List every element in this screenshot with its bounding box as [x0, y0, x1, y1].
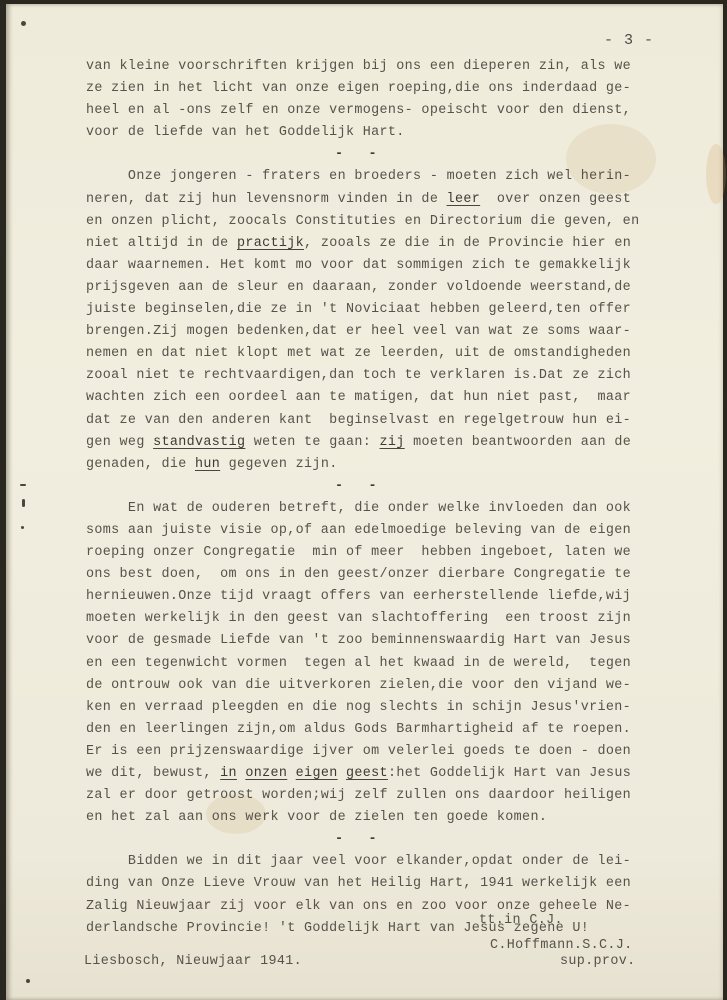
- margin-mark: [20, 484, 26, 486]
- text-line: genaden, die hun gegeven zijn.: [86, 454, 656, 476]
- place-date: Liesbosch, Nieuwjaar 1941.: [84, 954, 302, 969]
- text-line: juiste beginselen,die ze in 't Noviciaat…: [86, 299, 656, 321]
- signature: C.Hoffmann.S.C.J.: [490, 938, 633, 953]
- section-separator: - -: [86, 144, 656, 166]
- letter-body: van kleine voorschriften krijgen bij ons…: [86, 56, 656, 940]
- text-line: daar waarnemen. Het komt mo voor dat som…: [86, 255, 656, 277]
- text-line: niet altijd in de practijk, zooals ze di…: [86, 233, 656, 255]
- text-line: ze zien in het licht van onze eigen roep…: [86, 78, 656, 100]
- text-line: ons best doen, om ons in den geest/onzer…: [86, 564, 656, 586]
- text-line: en een tegenwicht vormen tegen al het kw…: [86, 653, 656, 675]
- paragraph: En wat de ouderen betreft, die onder wel…: [86, 498, 656, 829]
- text-line: neren, dat zij hun levensnorm vinden in …: [86, 189, 656, 211]
- text-line: brengen.Zij mogen bedenken,dat er heel v…: [86, 321, 656, 343]
- underlined-word: in: [220, 766, 237, 781]
- text-line: en het zal aan ons werk voor de zielen t…: [86, 807, 656, 829]
- margin-mark: [21, 526, 24, 529]
- text-line: moeten werkelijk in den geest van slacht…: [86, 608, 656, 630]
- text-line: Er is een prijzenswaardige ijver om vele…: [86, 741, 656, 763]
- margin-mark: [22, 499, 25, 507]
- section-separator: - -: [86, 476, 656, 498]
- underlined-word: standvastig: [153, 435, 245, 450]
- text-line: van kleine voorschriften krijgen bij ons…: [86, 56, 656, 78]
- text-line: dat ze van den anderen kant beginselvast…: [86, 410, 656, 432]
- text-line: de ontrouw ook van die uitverkoren ziele…: [86, 675, 656, 697]
- text-line: voor de gesmade Liefde van 't zoo beminn…: [86, 630, 656, 652]
- text-line: prijsgeven aan de sleur en daaraan, zond…: [86, 277, 656, 299]
- text-line: Zalig Nieuwjaar zij voor elk van ons en …: [86, 896, 656, 918]
- text-line: hernieuwen.Onze tijd vraagt offers van e…: [86, 586, 656, 608]
- underlined-word: geest: [346, 766, 388, 781]
- text-line: zooal niet te rechtvaardigen,dan toch te…: [86, 365, 656, 387]
- underlined-word: onzen: [245, 766, 287, 781]
- text-line: derlandsche Provincie! 't Goddelijk Hart…: [86, 918, 656, 940]
- text-line: roeping onzer Congregatie min of meer he…: [86, 542, 656, 564]
- text-line: Onze jongeren - fraters en broeders - mo…: [86, 166, 656, 188]
- text-line: En wat de ouderen betreft, die onder wel…: [86, 498, 656, 520]
- text-line: soms aan juiste visie op,of aan edelmoed…: [86, 520, 656, 542]
- paper-stain: [706, 144, 726, 204]
- paragraph: van kleine voorschriften krijgen bij ons…: [86, 56, 656, 144]
- document-page: - 3 - van kleine voorschriften krijgen b…: [6, 4, 723, 1000]
- text-line: ken en verraad pleegden en die nog slech…: [86, 697, 656, 719]
- text-line: wachten zich een oordeel aan te matigen,…: [86, 387, 656, 409]
- text-line: heel en al -ons zelf en onze vermogens- …: [86, 100, 656, 122]
- underlined-word: leer: [447, 192, 481, 207]
- text-line: gen weg standvastig weten te gaan: zij m…: [86, 432, 656, 454]
- underlined-word: practijk: [237, 236, 304, 251]
- salutation: tt.in C.J.: [479, 913, 563, 928]
- paragraph: Bidden we in dit jaar veel voor elkander…: [86, 851, 656, 939]
- page-number: - 3 -: [604, 32, 654, 49]
- text-line: ding van Onze Lieve Vrouw van het Heilig…: [86, 873, 656, 895]
- text-line: zal er door getroost worden;wij zelf zul…: [86, 785, 656, 807]
- text-line: en onzen plicht, zoocals Constituties en…: [86, 211, 656, 233]
- text-line: den en leerlingen zijn,om aldus Gods Bar…: [86, 719, 656, 741]
- text-line: Bidden we in dit jaar veel voor elkander…: [86, 851, 656, 873]
- section-separator: - -: [86, 829, 656, 851]
- margin-mark: [26, 979, 30, 983]
- underlined-word: eigen: [296, 766, 338, 781]
- paragraph: Onze jongeren - fraters en broeders - mo…: [86, 166, 656, 475]
- text-line: we dit, bewust, in onzen eigen geest:het…: [86, 763, 656, 785]
- signatory-title: sup.prov.: [560, 954, 635, 969]
- text-line: voor de liefde van het Goddelijk Hart.: [86, 122, 656, 144]
- underlined-word: zij: [380, 435, 405, 450]
- punch-dot-mark: [21, 21, 26, 26]
- text-line: nemen en dat niet klopt met wat ze leerd…: [86, 343, 656, 365]
- underlined-word: hun: [195, 457, 220, 472]
